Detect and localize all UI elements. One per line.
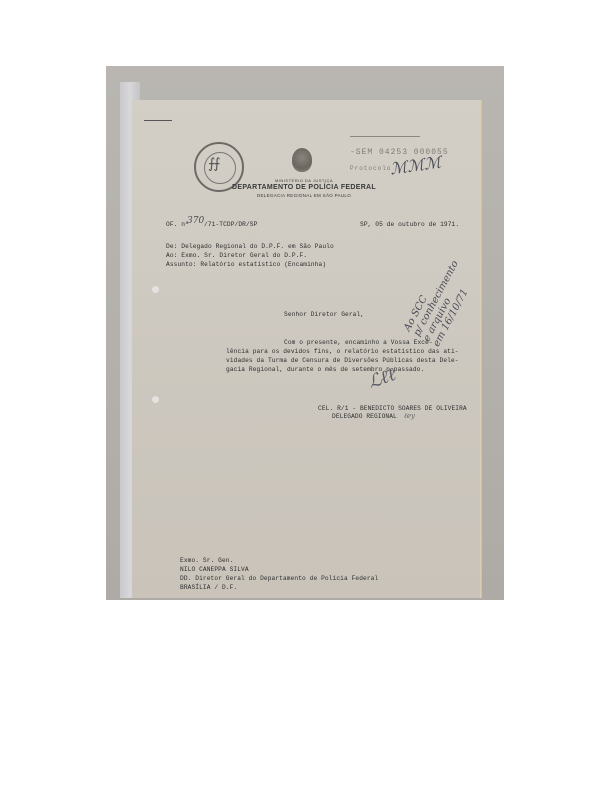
letter-page: ⨍⨍ MINISTÉRIO DA JUSTIÇA DEPARTAMENTO DE…	[132, 100, 480, 598]
handwritten-dispatch-note: Ao SCC p/ conhecimento e arquivo em 16/1…	[402, 254, 480, 349]
to-line: Ao: Exmo. Sr. Diretor Geral do D.P.F.	[166, 252, 307, 259]
from-line: De: Delegado Regional do D.P.F. em São P…	[166, 243, 334, 250]
subject-line: Assunto: Relatório estatístico (Encaminh…	[166, 261, 326, 268]
addressee-line: Exmo. Sr. Gen.	[180, 557, 233, 564]
coat-of-arms-icon	[292, 148, 312, 172]
punch-hole-bottom	[152, 396, 159, 403]
delegacy-subtitle: DELEGACIA REGIONAL EM SÃO PAULO	[130, 193, 478, 198]
document-photo: ⨍⨍ MINISTÉRIO DA JUSTIÇA DEPARTAMENTO DE…	[106, 66, 504, 600]
department-title: DEPARTAMENTO DE POLÍCIA FEDERAL	[130, 184, 478, 191]
receipt-stamp-line3: Protocolo	[350, 165, 391, 172]
reference-prefix: OF. nº	[166, 221, 189, 228]
reference-suffix: /71-TCDP/DR/SP	[204, 221, 257, 228]
ministry-label: MINISTÉRIO DA JUSTIÇA	[130, 178, 478, 183]
seal-signature: ⨍⨍	[208, 156, 219, 173]
place-date: SP, 05 de outubro de 1971.	[360, 221, 459, 228]
body-line: Com o presente, encaminho a Vossa Exce-	[284, 339, 433, 346]
signatory-name: CEL. R/1 - BENEDICTO SOARES DE OLIVEIRA	[318, 405, 467, 412]
body-line: vidades da Turma de Censura de Diversões…	[226, 357, 459, 364]
addressee-line: DD. Diretor Geral do Departamento de Pol…	[180, 575, 378, 582]
receipt-stamp-line1	[350, 130, 420, 137]
reference-number-handwritten: 370	[187, 216, 204, 226]
signatory-title: DELEGADO REGIONAL	[332, 413, 397, 420]
body-line: lência para os devidos fins, o relatório…	[226, 348, 459, 355]
margin-dash	[144, 120, 172, 121]
addressee-line: NILO CANEPPA SILVA	[180, 566, 249, 573]
punch-hole-top	[152, 286, 159, 293]
initials: ℓey	[404, 412, 415, 420]
salutation: Senhor Diretor Geral,	[284, 311, 364, 318]
addressee-line: BRASÍLIA / D.F.	[180, 584, 237, 591]
